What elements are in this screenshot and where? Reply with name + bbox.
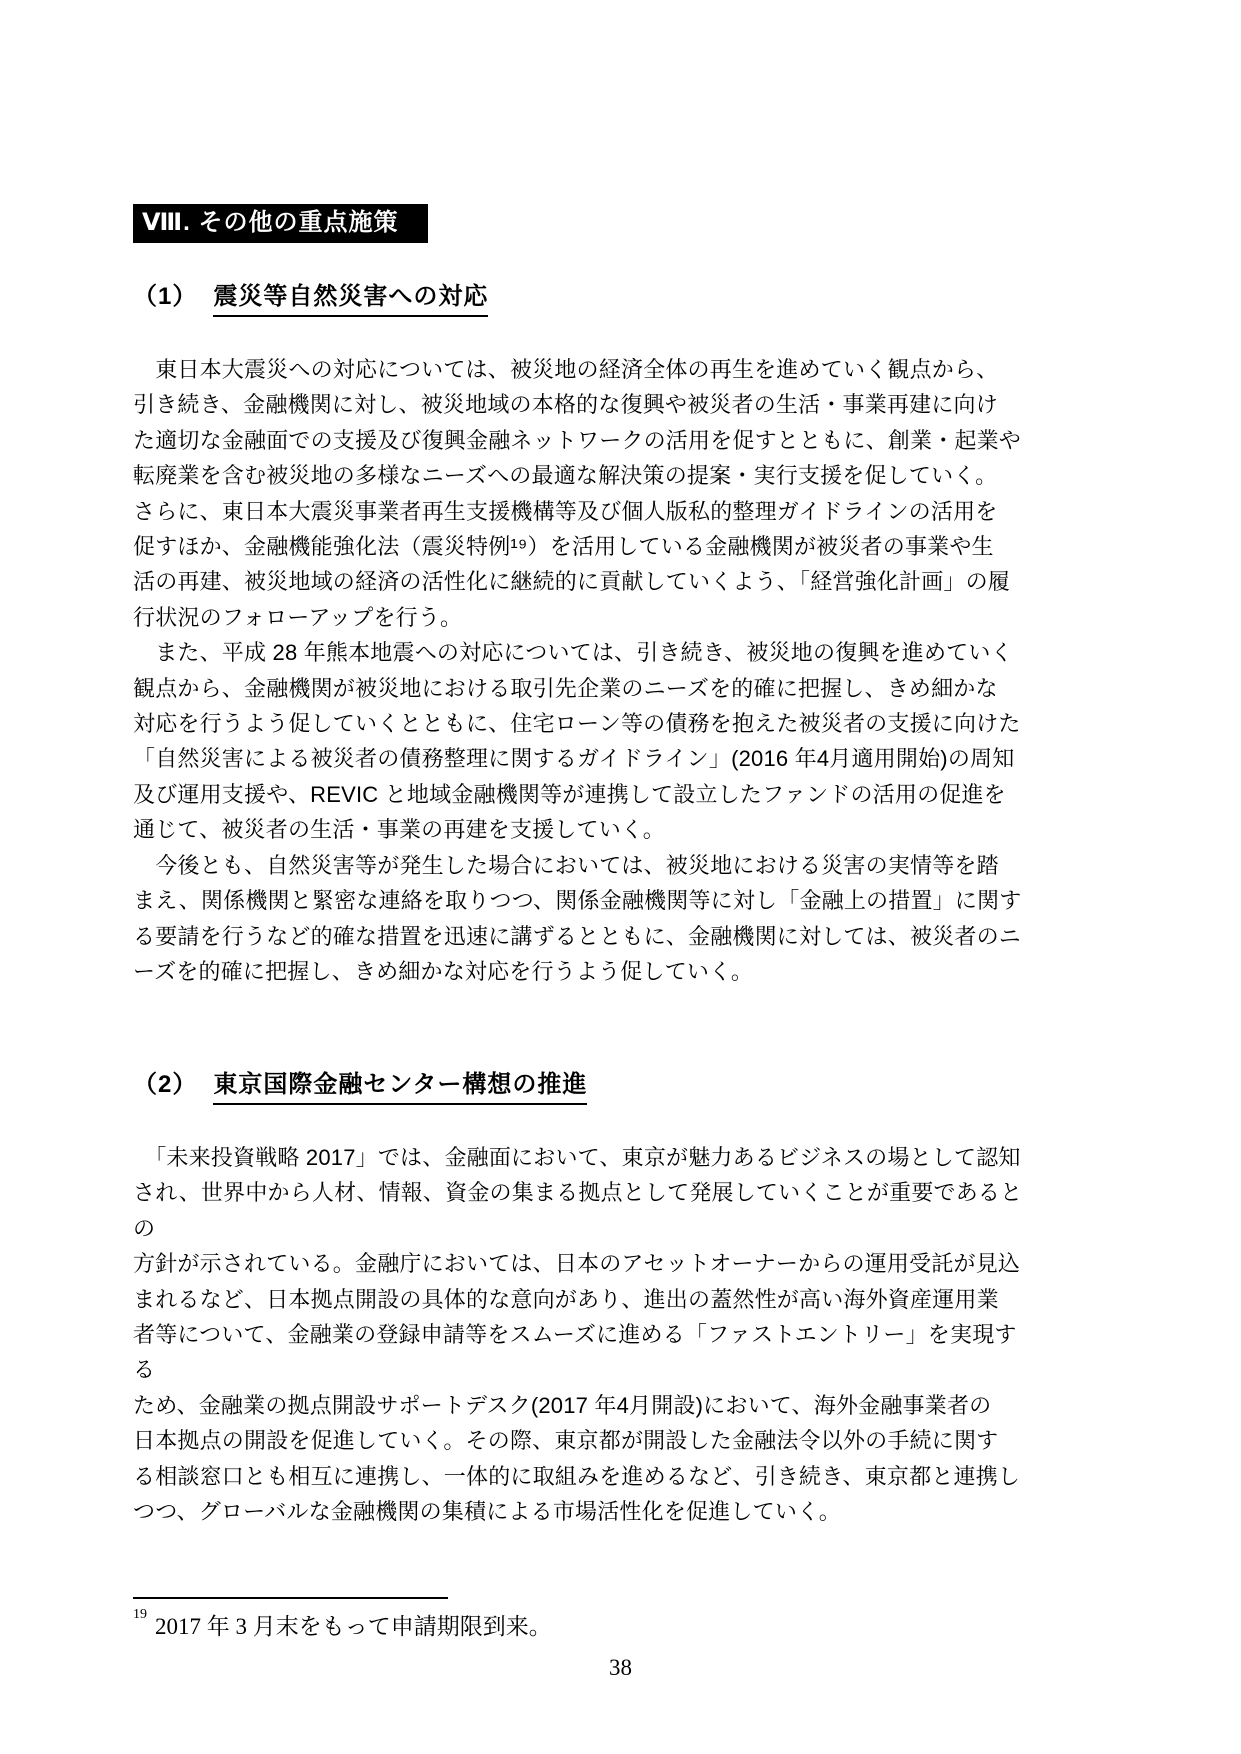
section-2-paragraph-1: 「未来投資戦略 2017」では、金融面において、東京が魅力あるビジネスの場として… (133, 1140, 1023, 1529)
footnote: 192017 年 3 月末をもって申請期限到来。 (133, 1608, 552, 1641)
section-1-heading: （1）震災等自然災害への対応 (133, 276, 488, 317)
section-1-paragraph-1: 東日本大震災への対応については、被災地の経済全体の再生を進めていく観点から、 引… (133, 352, 1023, 635)
section-2-body: 「未来投資戦略 2017」では、金融面において、東京が魅力あるビジネスの場として… (133, 1140, 1023, 1529)
section-2-number: （2） (133, 1071, 197, 1098)
page-number: 38 (0, 1655, 1241, 1681)
footnote-separator (133, 1597, 448, 1599)
section-2-title: 東京国際金融センター構想の推進 (213, 1064, 587, 1105)
footnote-marker: 19 (133, 1607, 147, 1622)
section-1-title: 震災等自然災害への対応 (213, 276, 488, 317)
section-1-body: 東日本大震災への対応については、被災地の経済全体の再生を進めていく観点から、 引… (133, 352, 1023, 989)
section-1-paragraph-2: また、平成 28 年熊本地震への対応については、引き続き、被災地の復興を進めてい… (133, 635, 1023, 847)
chapter-heading: Ⅷ. その他の重点施策 (133, 204, 428, 243)
section-1-paragraph-3: 今後とも、自然災害等が発生した場合においては、被災地における災害の実情等を踏 ま… (133, 848, 1023, 990)
section-1-number: （1） (133, 283, 197, 310)
section-2-heading: （2）東京国際金融センター構想の推進 (133, 1064, 587, 1105)
footnote-text: 2017 年 3 月末をもって申請期限到来。 (155, 1614, 552, 1639)
document-page: Ⅷ. その他の重点施策 （1）震災等自然災害への対応 東日本大震災への対応につい… (0, 0, 1241, 1754)
